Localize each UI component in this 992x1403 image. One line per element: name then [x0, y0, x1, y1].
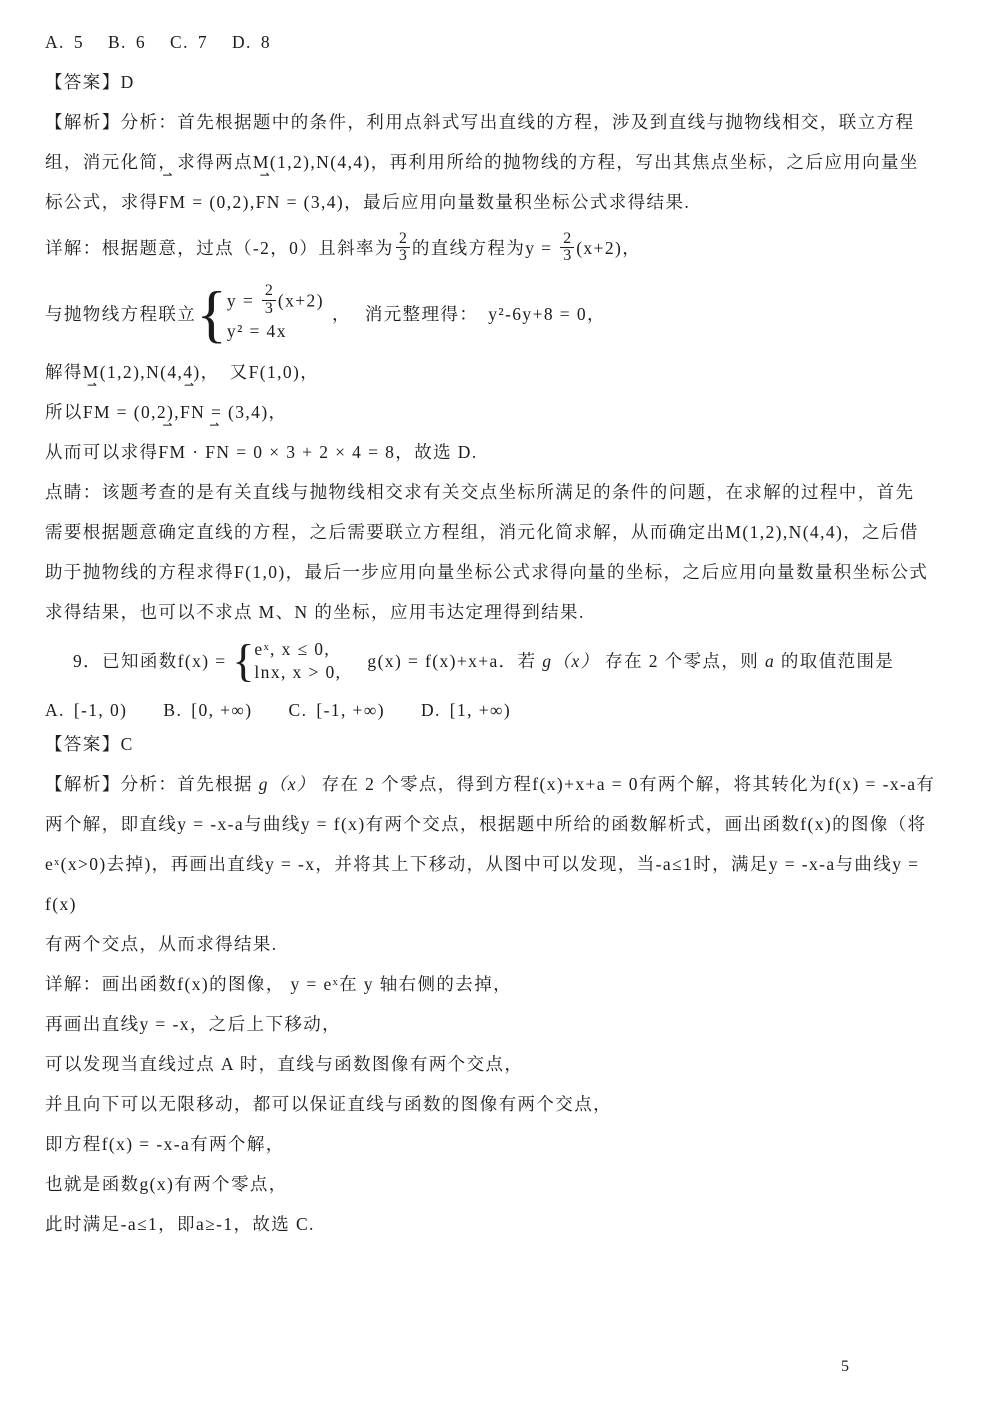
- italic-gx: g（x）: [259, 774, 316, 794]
- text: (x+2): [278, 291, 324, 311]
- q9-detail-line-6: 也就是函数g(x)有两个零点，: [45, 1164, 954, 1204]
- q8-analysis-line-1: 【解析】分析：首先根据题中的条件，利用点斜式写出直线的方程，涉及到直线与抛物线相…: [45, 102, 954, 142]
- fraction-denominator: 3: [560, 247, 574, 265]
- q8-analysis-line-2: 组，消元化简，求得两点M(1,2),N(4,4)，再利用所给的抛物线的方程，写出…: [45, 142, 954, 182]
- text: 消元整理得：: [365, 294, 478, 334]
- vector-arrow-icon: ⇀: [184, 379, 194, 391]
- text: 的取值范围是: [775, 641, 894, 681]
- left-brace: {: [196, 284, 227, 345]
- vector-text: FN: [256, 192, 281, 212]
- fraction-two-thirds: 23: [262, 283, 276, 318]
- q8-tips-line-1: 点睛：该题考查的是有关直线与抛物线相交求有关交点坐标所满足的条件的问题，在求解的…: [45, 472, 954, 512]
- fraction-two-thirds: 23: [560, 231, 574, 266]
- vector-text: FM: [158, 192, 186, 212]
- text: 从而可以求得: [45, 442, 158, 462]
- option-value: [0, +∞): [191, 690, 252, 730]
- text: = (3,4)，最后应用向量数量积坐标公式求得结果.: [281, 192, 690, 212]
- text: y =: [227, 291, 260, 311]
- text: = 0 × 3 + 2 × 4 = 8，故选 D.: [230, 442, 477, 462]
- option-label: D.: [232, 22, 252, 62]
- option-label: C.: [170, 22, 189, 62]
- answer-value: C: [121, 734, 134, 754]
- text: 的直线方程为y =: [412, 238, 558, 258]
- vector-arrow-icon: ⇀: [162, 169, 172, 181]
- q8-option-d: D.8: [232, 22, 271, 62]
- q8-equation-system-line: 与抛物线方程联立{y = 23(x+2)y² = 4x，消元整理得：y²-6y+…: [45, 276, 954, 352]
- q8-detail-line-3: 解得M(1,2),N(4,4)， 又F(1,0)，: [45, 352, 954, 392]
- option-label: A.: [45, 22, 65, 62]
- q8-tips-line-2: 需要根据题意确定直线的方程，之后需要联立方程组，消元化简求解，从而确定出M(1,…: [45, 512, 954, 552]
- vector-fm: ⇀FM: [158, 432, 186, 472]
- q8-option-b: B.6: [108, 22, 146, 62]
- text: 9．已知函数f(x) =: [73, 641, 232, 681]
- text: g(x) = f(x)+x+a．若: [367, 641, 542, 681]
- piecewise-function: eˣ, x ≤ 0,lnx, x > 0,: [254, 638, 341, 684]
- q9-option-d: D.[1, +∞): [421, 690, 511, 730]
- q9-analysis-line-4: 有两个交点，从而求得结果.: [45, 924, 954, 964]
- option-label: D.: [421, 690, 441, 730]
- vector-arrow-icon: ⇀: [87, 379, 97, 391]
- q8-option-c: C.7: [170, 22, 208, 62]
- option-value: 7: [198, 22, 208, 62]
- text: y²-6y+8 = 0，: [488, 294, 606, 334]
- text: 存在 2 个零点，则: [599, 641, 765, 681]
- vector-text: FM: [158, 442, 186, 462]
- option-value: 5: [74, 22, 84, 62]
- vector-fm: ⇀FM: [83, 392, 111, 432]
- option-value: 6: [136, 22, 146, 62]
- option-value: [-1, +∞): [316, 690, 385, 730]
- option-label: C.: [289, 690, 308, 730]
- q9-option-b: B.[0, +∞): [163, 690, 252, 730]
- vector-text: FN: [205, 442, 230, 462]
- vector-fm: ⇀FM: [158, 182, 186, 222]
- text: = (0,2),: [187, 192, 256, 212]
- text: 与抛物线方程联立: [45, 294, 196, 334]
- q8-detail-line-4: 所以⇀FM = (0,2),⇀FN = (3,4)，: [45, 392, 954, 432]
- fraction-two-thirds: 23: [396, 231, 410, 266]
- vector-fn: ⇀FN: [256, 182, 281, 222]
- vector-arrow-icon: ⇀: [260, 169, 270, 181]
- q8-analysis-line-3: 标公式，求得⇀FM = (0,2),⇀FN = (3,4)，最后应用向量数量积坐…: [45, 182, 954, 222]
- q9-analysis-line-1: 【解析】分析：首先根据 g（x） 存在 2 个零点，得到方程f(x)+x+a =…: [45, 764, 954, 804]
- system-row-2: y² = 4x: [227, 320, 324, 343]
- q9-detail-line-4: 并且向下可以无限移动，都可以保证直线与函数的图像有两个交点，: [45, 1084, 954, 1124]
- italic-gx: g（x）: [542, 641, 599, 681]
- q8-options-row: A.5B.6C.7D.8: [45, 22, 954, 62]
- fraction-numerator: 2: [560, 231, 574, 248]
- fraction-numerator: 2: [396, 231, 410, 248]
- text: (x+2)，: [576, 238, 641, 258]
- vector-text: FM: [83, 402, 111, 422]
- vector-arrow-icon: ⇀: [209, 419, 219, 431]
- page-number: 5: [841, 1347, 849, 1387]
- answer-prefix: 【答案】: [45, 734, 121, 754]
- equation-system: y = 23(x+2)y² = 4x: [227, 285, 324, 342]
- option-label: B.: [163, 690, 182, 730]
- q9-analysis-line-3: eˣ(x>0)去掉)，再画出直线y = -x，并将其上下移动，从图中可以发现，当…: [45, 844, 954, 924]
- option-label: B.: [108, 22, 127, 62]
- piecewise-row-1: eˣ, x ≤ 0,: [254, 638, 341, 661]
- q9-detail-line-2: 再画出直线y = -x，之后上下移动，: [45, 1004, 954, 1044]
- text: 详解：根据题意，过点（-2，0）且斜率为: [45, 238, 394, 258]
- q9-analysis-line-2: 两个解，即直线y = -x-a与曲线y = f(x)有两个交点，根据题中所给的函…: [45, 804, 954, 844]
- q8-tips-line-3: 助于抛物线的方程求得F(1,0)，最后一步应用向量坐标公式求得向量的坐标，之后应…: [45, 552, 954, 592]
- italic-a: a: [765, 641, 775, 681]
- piecewise-row-2: lnx, x > 0,: [254, 661, 341, 684]
- q9-detail-line-3: 可以发现当直线过点 A 时，直线与函数图像有两个交点，: [45, 1044, 954, 1084]
- text: ·: [187, 442, 206, 462]
- q8-tips-line-4: 求得结果，也可以不求点 M、N 的坐标，应用韦达定理得到结果.: [45, 592, 954, 632]
- text: 存在 2 个零点，得到方程f(x)+x+a = 0有两个解，将其转化为f(x) …: [316, 774, 935, 794]
- answer-value: D: [121, 72, 135, 92]
- q9-answer-line: 【答案】C: [45, 724, 954, 764]
- q9-detail-line-5: 即方程f(x) = -x-a有两个解，: [45, 1124, 954, 1164]
- text: 【解析】分析：首先根据: [45, 774, 259, 794]
- option-value: 8: [261, 22, 271, 62]
- answer-prefix: 【答案】: [45, 72, 121, 92]
- q9-option-c: C.[-1, +∞): [289, 690, 385, 730]
- fraction-denominator: 3: [262, 300, 276, 318]
- q8-detail-line-5: 从而可以求得⇀FM · ⇀FN = 0 × 3 + 2 × 4 = 8，故选 D…: [45, 432, 954, 472]
- text: 标公式，求得: [45, 192, 158, 212]
- vector-fn: ⇀FN: [180, 392, 205, 432]
- text: 所以: [45, 402, 83, 422]
- q8-option-a: A.5: [45, 22, 84, 62]
- left-brace: {: [232, 639, 254, 683]
- system-row-1: y = 23(x+2): [227, 285, 324, 320]
- vector-fn: ⇀FN: [205, 432, 230, 472]
- fraction-numerator: 2: [262, 283, 276, 300]
- option-value: [1, +∞): [450, 690, 511, 730]
- q9-detail-line-7: 此时满足-a≤1，即a≥-1，故选 C.: [45, 1204, 954, 1244]
- q9-stem-line: 9．已知函数f(x) = {eˣ, x ≤ 0,lnx, x > 0,g(x) …: [45, 632, 954, 690]
- vector-text: FN: [180, 402, 205, 422]
- text: ，: [332, 294, 351, 334]
- q8-detail-line-1: 详解：根据题意，过点（-2，0）且斜率为23的直线方程为y = 23(x+2)，: [45, 222, 954, 274]
- document-page: A.5B.6C.7D.8 【答案】D 【解析】分析：首先根据题中的条件，利用点斜…: [0, 0, 992, 1403]
- fraction-denominator: 3: [396, 247, 410, 265]
- q9-detail-line-1: 详解：画出函数f(x)的图像， y = eˣ在 y 轴右侧的去掉，: [45, 964, 954, 1004]
- q8-answer-line: 【答案】D: [45, 62, 954, 102]
- vector-arrow-icon: ⇀: [162, 419, 172, 431]
